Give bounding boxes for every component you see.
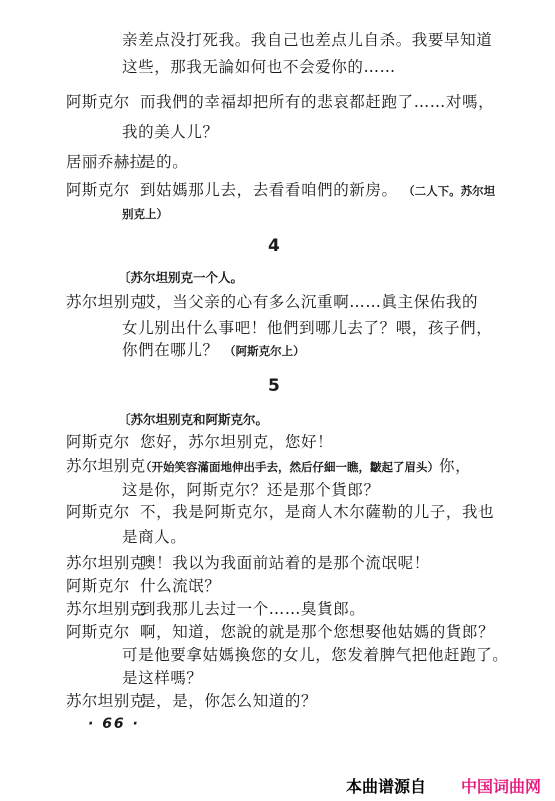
line-text: 哎，当父亲的心有多么沉重啊……眞主保佑我的 [140,293,478,311]
line-text: 是这样嗎？ [122,669,203,687]
line-text: 这些，那我无論如何也不会爱你的…… [122,58,396,76]
speaker-name: 阿斯克尔 [66,502,140,522]
section-number: 5 [268,376,280,396]
dialogue-line: 苏尔坦别克是，是，你怎么知道的？ [66,691,317,711]
dialogue-line: 居丽乔赫拉是的。 [66,152,188,172]
dialogue-line: 你們在哪儿？ （阿斯克尔上） [122,340,305,361]
speaker-name: 苏尔坦别克 [66,456,140,476]
dialogue-line: 这是你，阿斯克尔？还是那个貨郎？ [122,480,380,500]
dialogue-line: 苏尔坦别克噢！我以为我面前站着的是那个流氓呢！ [66,553,430,573]
line-text: 什么流氓？ [140,577,221,595]
line-text: 这是你，阿斯克尔？还是那个貨郎？ [122,481,380,499]
line-text: 您好，苏尔坦别克，您好！ [140,433,333,451]
page-number: · 66 · [88,716,140,732]
dialogue-line: 苏尔坦别克哎，当父亲的心有多么沉重啊……眞主保佑我的 [66,292,478,312]
dialogue-line: 我的美人儿？ [122,122,219,142]
dialogue-line: 阿斯克尔您好，苏尔坦别克，您好！ [66,432,333,452]
dialogue-line: 阿斯克尔啊，知道，您說的就是那个您想娶他姑媽的貨郎？ [66,622,494,642]
speaker-name: 居丽乔赫拉 [66,152,140,172]
dialogue-line: 可是他要拿姑媽換您的女儿，您发着脾气把他赶跑了。 [122,645,508,665]
dialogue-line: 阿斯克尔而我們的幸福却把所有的悲哀都赶跑了……对嗎， [66,92,494,112]
line-text: 女儿别出什么事吧！他們到哪儿去了？喂，孩子們， [122,319,492,337]
speaker-name: 阿斯克尔 [66,432,140,452]
dialogue-line: 这些，那我无論如何也不会爱你的…… [122,57,396,77]
dialogue-line: 是商人。 [122,527,186,547]
line-text: 亲差点没打死我。我自己也差点儿自杀。我要早知道 [122,31,492,49]
speaker-name: 阿斯克尔 [66,622,140,642]
document-page: 亲差点没打死我。我自己也差点儿自杀。我要早知道 这些，那我无論如何也不会爱你的…… [0,0,555,801]
dialogue-line: 阿斯克尔不，我是阿斯克尔，是商人木尔薩勒的儿子，我也 [66,502,494,522]
line-text: 是的。 [140,153,188,171]
stage-direction: （开始笑容滿面地伸出手去，然后仔細一瞧，皺起了眉头） [140,460,439,474]
line-text: 我的美人儿？ [122,123,219,141]
dialogue-line: 阿斯克尔到姑媽那儿去，去看看咱們的新房。 （二人下。苏尔坦 [66,180,495,201]
section-number: 4 [268,236,280,256]
line-text: 不，我是阿斯克尔，是商人木尔薩勒的儿子，我也 [140,503,494,521]
stage-direction: （二人下。苏尔坦 [403,184,495,198]
speaker-name: 苏尔坦别克 [66,553,140,573]
dialogue-line: 别克上） [122,203,168,224]
dialogue-line: 是这样嗎？ [122,668,203,688]
speaker-name: 阿斯克尔 [66,576,140,596]
watermark-prefix: 本曲谱源自 [346,774,426,797]
line-text: 是商人。 [122,528,186,546]
line-text: 你， [439,457,471,475]
line-text: 啊，知道，您說的就是那个您想娶他姑媽的貨郎？ [140,623,494,641]
line-text: 你們在哪儿？ [122,341,219,359]
stage-direction: 〔苏尔坦别克一个人。 [118,268,243,288]
line-text: 是，是，你怎么知道的？ [140,692,317,710]
dialogue-line: 阿斯克尔什么流氓？ [66,576,221,596]
dialogue-line: 亲差点没打死我。我自己也差点儿自杀。我要早知道 [122,30,492,50]
line-text: 到我那儿去过一个……臭貨郎。 [140,600,365,618]
speaker-name: 阿斯克尔 [66,92,140,112]
line-text: 可是他要拿姑媽換您的女儿，您发着脾气把他赶跑了。 [122,646,508,664]
speaker-name: 苏尔坦别克 [66,292,140,312]
dialogue-line: 苏尔坦别克到我那儿去过一个……臭貨郎。 [66,599,365,619]
speaker-name: 阿斯克尔 [66,180,140,200]
dialogue-line: 女儿别出什么事吧！他們到哪儿去了？喂，孩子們， [122,318,492,338]
stage-direction: 〔苏尔坦别克和阿斯克尔。 [118,410,268,430]
stage-direction: 别克上） [122,207,168,221]
speaker-name: 苏尔坦别克 [66,599,140,619]
line-text: 而我們的幸福却把所有的悲哀都赶跑了……对嗎， [140,93,494,111]
watermark-site-link[interactable]: 中国词曲网 [461,774,541,797]
dialogue-line: 苏尔坦别克（开始笑容滿面地伸出手去，然后仔細一瞧，皺起了眉头）你， [66,456,471,477]
stage-direction: （阿斯克尔上） [224,344,305,358]
line-text: 到姑媽那儿去，去看看咱們的新房。 [140,181,398,199]
line-text: 噢！我以为我面前站着的是那个流氓呢！ [140,554,430,572]
speaker-name: 苏尔坦别克 [66,691,140,711]
